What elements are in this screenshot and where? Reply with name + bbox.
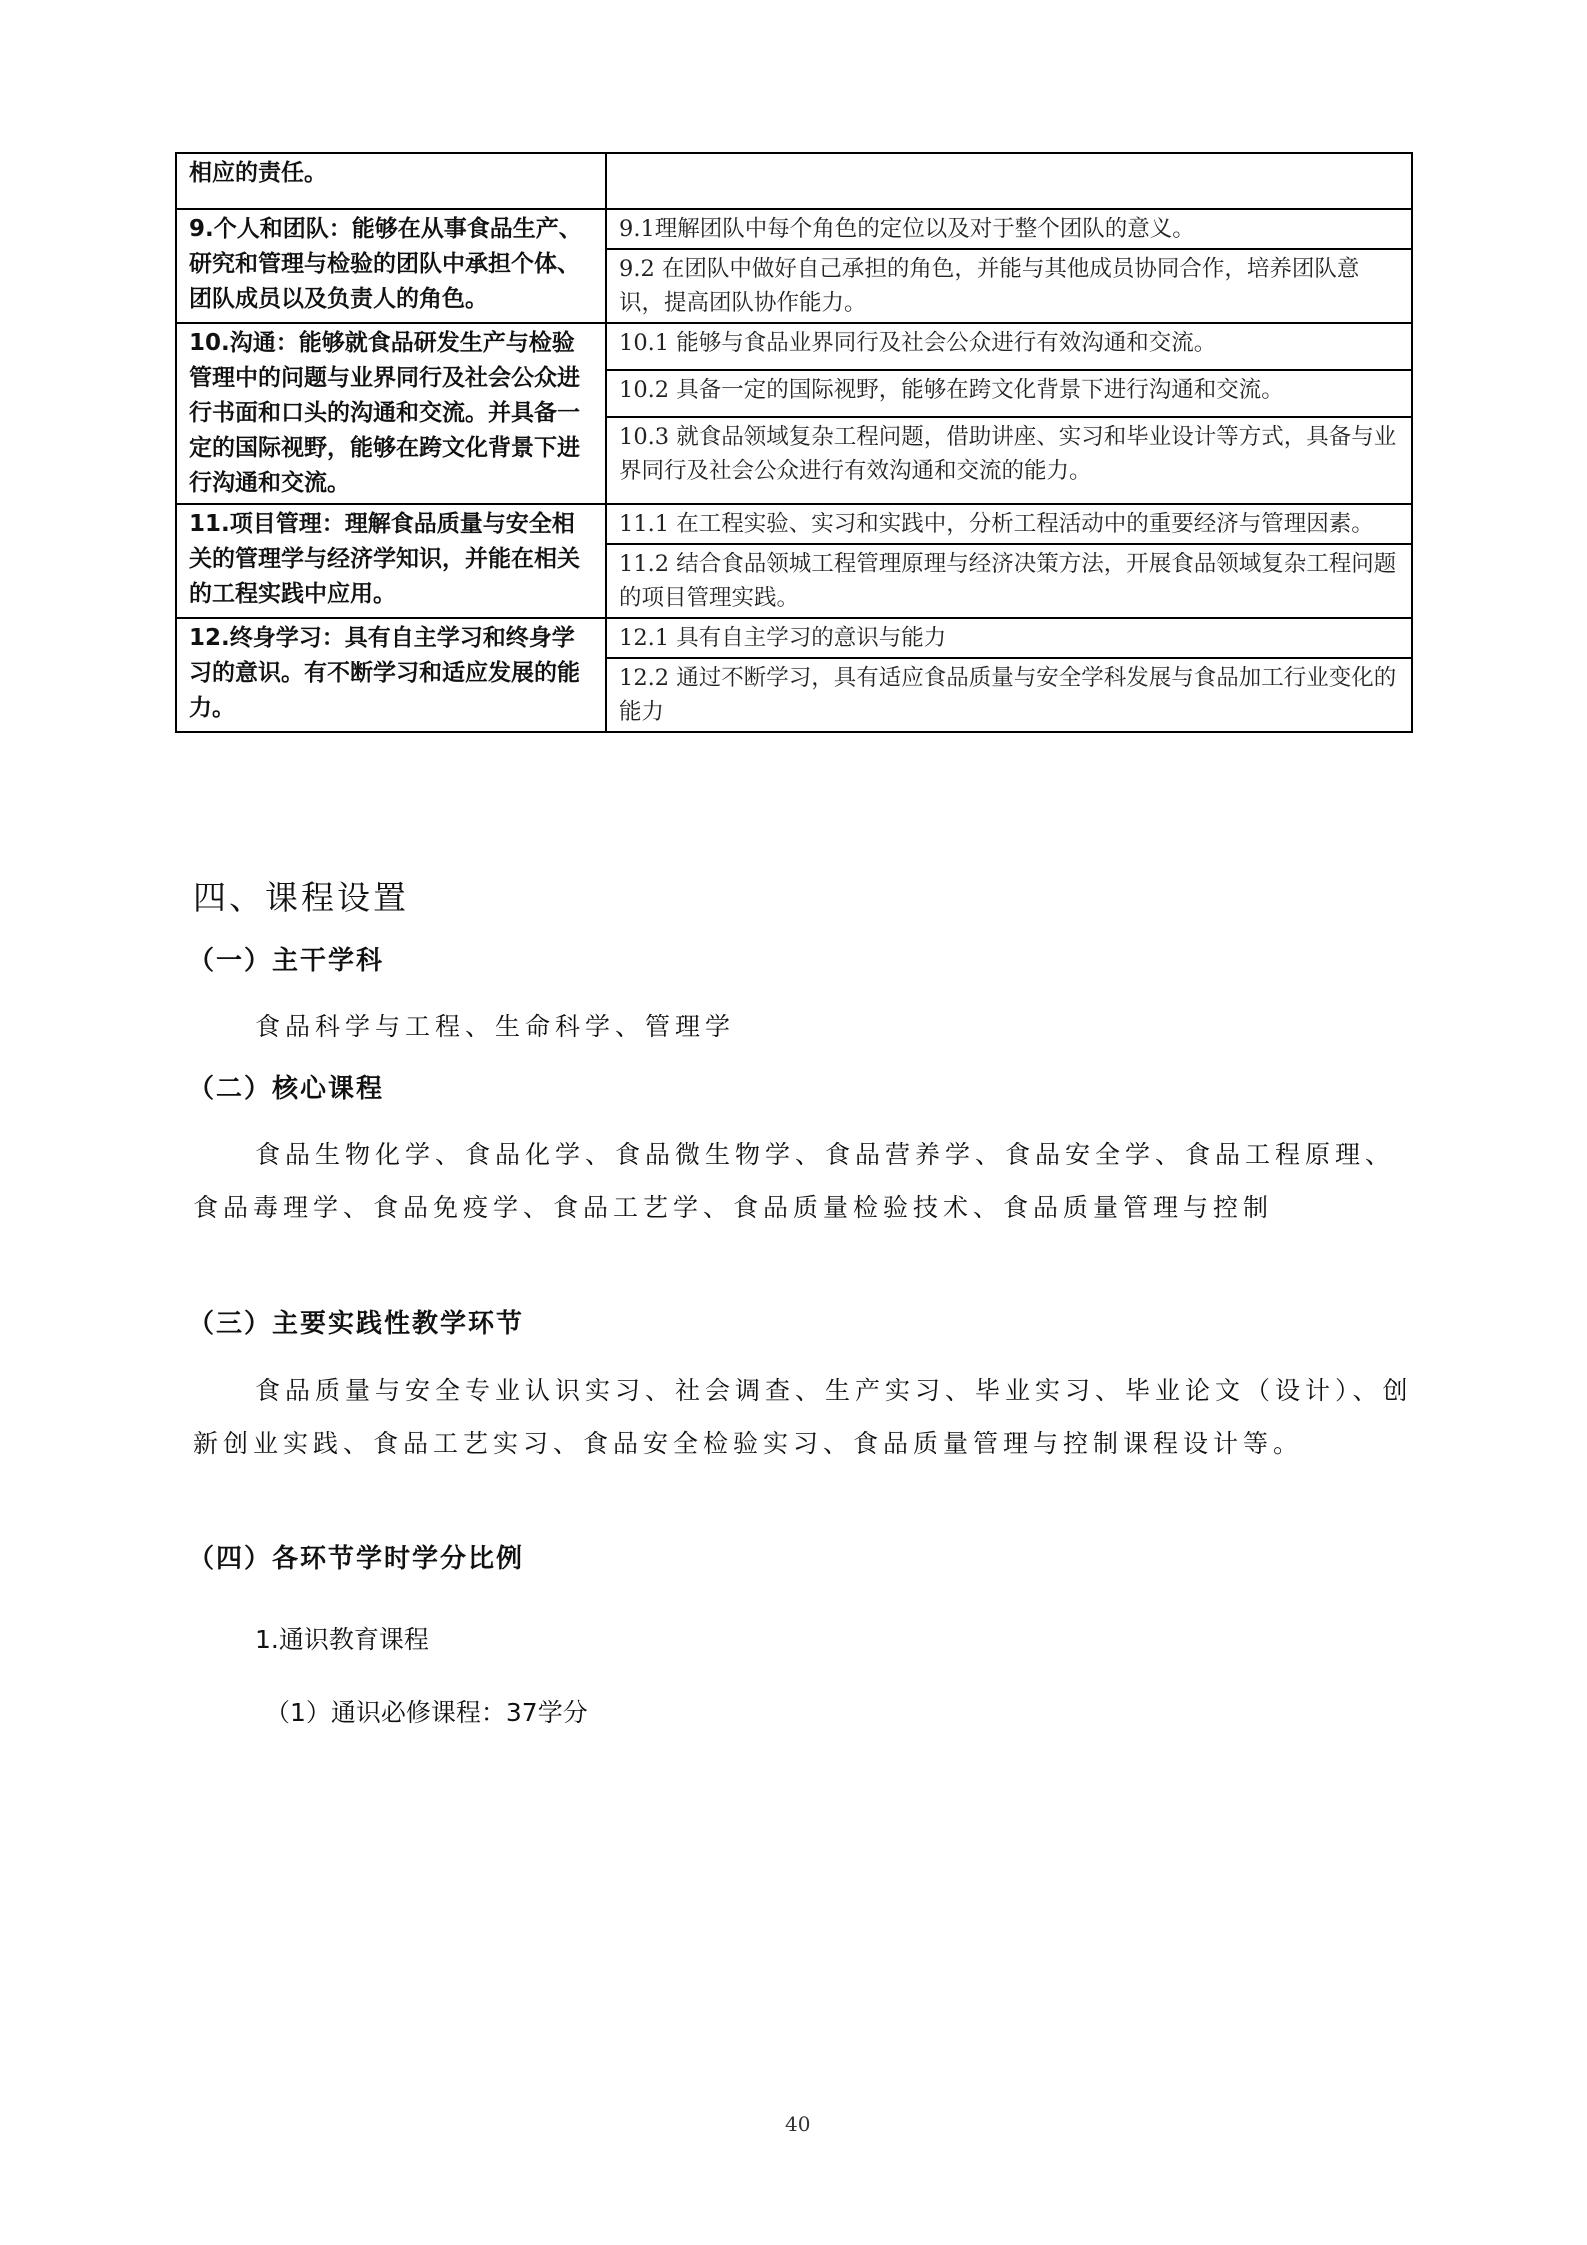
indicator-cell	[606, 153, 1412, 209]
requirement-cell: 11.项目管理：理解食品质量与安全相关的管理学与经济学知识，并能在相关的工程实践…	[176, 504, 606, 618]
subsection-heading-credit-ratio: （四）各环节学时学分比例	[188, 1538, 524, 1575]
table-row: 9.个人和团队：能够在从事食品生产、研究和管理与检验的团队中承担个体、团队成员以…	[176, 209, 1412, 249]
practice-text: 食品质量与安全专业认识实习、社会调查、生产实习、毕业实习、毕业论文（设计）、创新…	[193, 1364, 1413, 1470]
indicator-cell: 11.1 在工程实验、实习和实践中，分析工程活动中的重要经济与管理因素。	[606, 504, 1412, 544]
indicator-cell: 10.1 能够与食品业界同行及社会公众进行有效沟通和交流。	[606, 323, 1412, 370]
requirement-cell: 9.个人和团队：能够在从事食品生产、研究和管理与检验的团队中承担个体、团队成员以…	[176, 209, 606, 323]
table-row: 相应的责任。	[176, 153, 1412, 209]
requirement-cell: 12.终身学习：具有自主学习和终身学习的意识。有不断学习和适应发展的能力。	[176, 618, 606, 732]
indicator-cell: 11.2 结合食品领城工程管理原理与经济决策方法，开展食品领域复杂工程问题的项目…	[606, 544, 1412, 618]
graduation-requirements-table: 相应的责任。 9.个人和团队：能够在从事食品生产、研究和管理与检验的团队中承担个…	[175, 152, 1413, 733]
requirement-cell: 相应的责任。	[176, 153, 606, 209]
indicator-cell: 9.2 在团队中做好自己承担的角色，并能与其他成员协同合作，培养团队意识，提高团…	[606, 249, 1412, 323]
subsection-heading-core-courses: （二）核心课程	[188, 1068, 384, 1105]
page-number: 40	[785, 2112, 810, 2136]
table-row: 10.沟通：能够就食品研发生产与检验管理中的问题与业界同行及社会公众进行书面和口…	[176, 323, 1412, 370]
main-disciplines-text: 食品科学与工程、生命科学、管理学	[193, 1000, 1413, 1053]
section-title: 四、课程设置	[193, 872, 409, 919]
table-row: 11.项目管理：理解食品质量与安全相关的管理学与经济学知识，并能在相关的工程实践…	[176, 504, 1412, 544]
core-courses-text: 食品生物化学、食品化学、食品微生物学、食品营养学、食品安全学、食品工程原理、食品…	[193, 1128, 1413, 1234]
indicator-cell: 9.1理解团队中每个角色的定位以及对于整个团队的意义。	[606, 209, 1412, 249]
indicator-cell: 10.2 具备一定的国际视野，能够在跨文化背景下进行沟通和交流。	[606, 370, 1412, 417]
indicator-cell: 10.3 就食品领域复杂工程问题，借助讲座、实习和毕业设计等方式，具备与业界同行…	[606, 417, 1412, 504]
requirement-cell: 10.沟通：能够就食品研发生产与检验管理中的问题与业界同行及社会公众进行书面和口…	[176, 323, 606, 504]
general-education-item: 1.通识教育课程	[255, 1620, 429, 1656]
subsection-heading-main-disciplines: （一）主干学科	[188, 940, 384, 977]
subsection-heading-practice: （三）主要实践性教学环节	[188, 1303, 524, 1340]
table-row: 12.终身学习：具有自主学习和终身学习的意识。有不断学习和适应发展的能力。 12…	[176, 618, 1412, 658]
indicator-cell: 12.2 通过不断学习，具有适应食品质量与安全学科发展与食品加工行业变化的能力	[606, 658, 1412, 732]
document-page: 相应的责任。 9.个人和团队：能够在从事食品生产、研究和管理与检验的团队中承担个…	[0, 0, 1587, 2245]
indicator-cell: 12.1 具有自主学习的意识与能力	[606, 618, 1412, 658]
general-required-item: （1）通识必修课程：37学分	[265, 1693, 588, 1729]
